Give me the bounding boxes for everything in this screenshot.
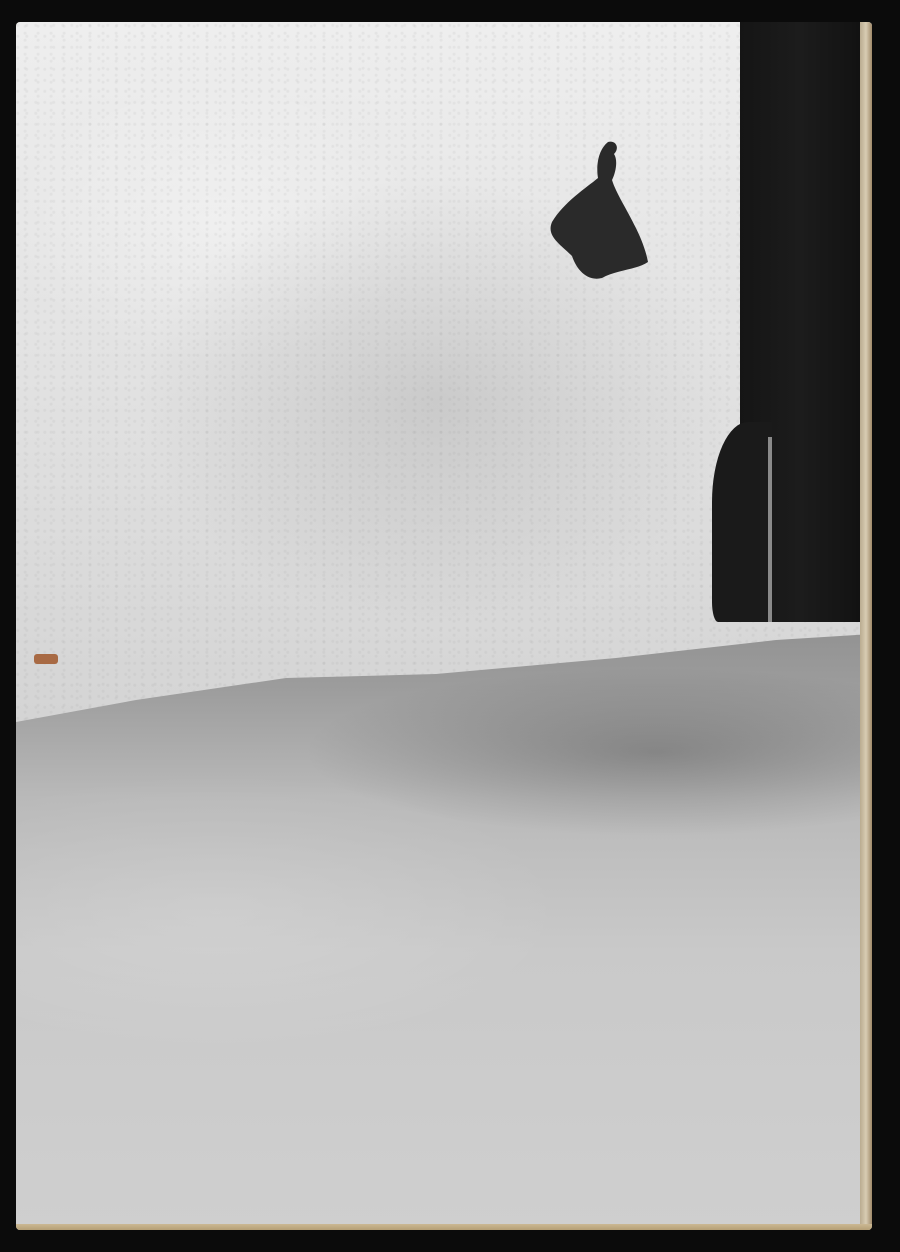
rust-stain xyxy=(34,654,58,664)
aged-card-edge xyxy=(860,22,872,1230)
post-shadow xyxy=(712,422,772,622)
post-highlight-line xyxy=(768,437,772,622)
dark-silhouette-blob xyxy=(546,140,650,282)
photo-print xyxy=(16,22,872,1230)
aged-card-bottom-edge xyxy=(16,1224,872,1230)
hazy-ground xyxy=(16,612,872,1230)
